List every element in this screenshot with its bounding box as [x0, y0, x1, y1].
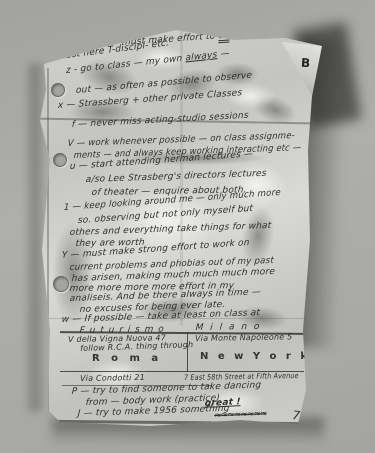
note-text: must make effort to: [122, 31, 219, 48]
scribbled-out-text: ≈≈≈≈≈≈≈≈: [214, 409, 267, 421]
punch-hole: [53, 276, 69, 292]
table-column-divider: [187, 332, 188, 372]
note-text-underlined: always: [185, 50, 217, 63]
address-city-new-york: N e w Y o r k: [200, 352, 310, 362]
address-city-rome: R o m a: [92, 354, 162, 364]
cast-shadow-left: [28, 64, 42, 412]
address-condotti: Via Condotti 21: [80, 373, 145, 384]
crumpled-note-paper: B must here T-discipl- etc. must make ef…: [38, 26, 324, 430]
note-text: —: [217, 49, 229, 60]
address-milan-street: Via Monte Napoleone 5: [195, 332, 293, 344]
painting-of-crumpled-note: B must here T-discipl- etc. must make ef…: [0, 0, 375, 453]
paper-left-edge: [47, 68, 49, 414]
punch-hole: [53, 153, 67, 167]
note-text-underlined: do: [218, 31, 230, 43]
punch-hole: [51, 83, 65, 97]
corner-label: B: [301, 56, 311, 71]
